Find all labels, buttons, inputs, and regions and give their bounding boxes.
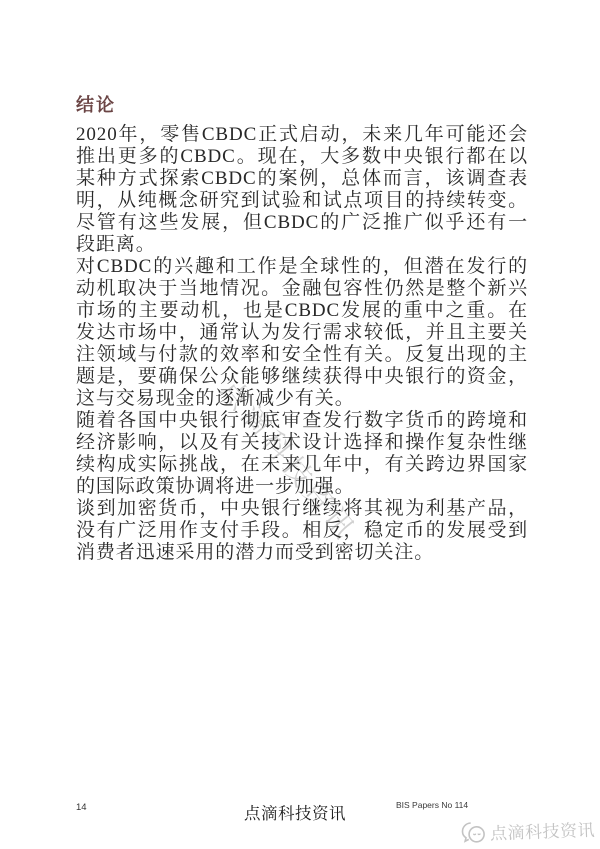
- paragraph: 随着各国中央银行彻底审查发行数字货币的跨境和经济影响，以及有关技术设计选择和操作…: [76, 410, 528, 498]
- document-page: 结论 2020年，零售CBDC正式启动，未来几年可能还会推出更多的CBDC。现在…: [0, 0, 600, 849]
- corner-watermark-text: 点滴科技资讯: [490, 816, 596, 845]
- body-text: 2020年，零售CBDC正式启动，未来几年可能还会推出更多的CBDC。现在，大多…: [76, 124, 528, 564]
- paragraph: 对CBDC的兴趣和工作是全球性的，但潜在发行的动机取决于当地情况。金融包容性仍然…: [76, 256, 528, 410]
- page-title: 结论: [76, 95, 116, 115]
- corner-watermark: 点滴科技资讯: [461, 816, 596, 846]
- footer-page-number: 14: [76, 802, 87, 813]
- footer-site-name: 点滴科技资讯: [244, 800, 346, 824]
- droplet-chat-logo-icon: [461, 820, 488, 845]
- paragraph: 2020年，零售CBDC正式启动，未来几年可能还会推出更多的CBDC。现在，大多…: [76, 124, 528, 256]
- paragraph: 谈到加密货币，中央银行继续将其视为利基产品，没有广泛用作支付手段。相反，稳定币的…: [76, 498, 528, 564]
- footer-document-reference: BIS Papers No 114: [396, 800, 468, 810]
